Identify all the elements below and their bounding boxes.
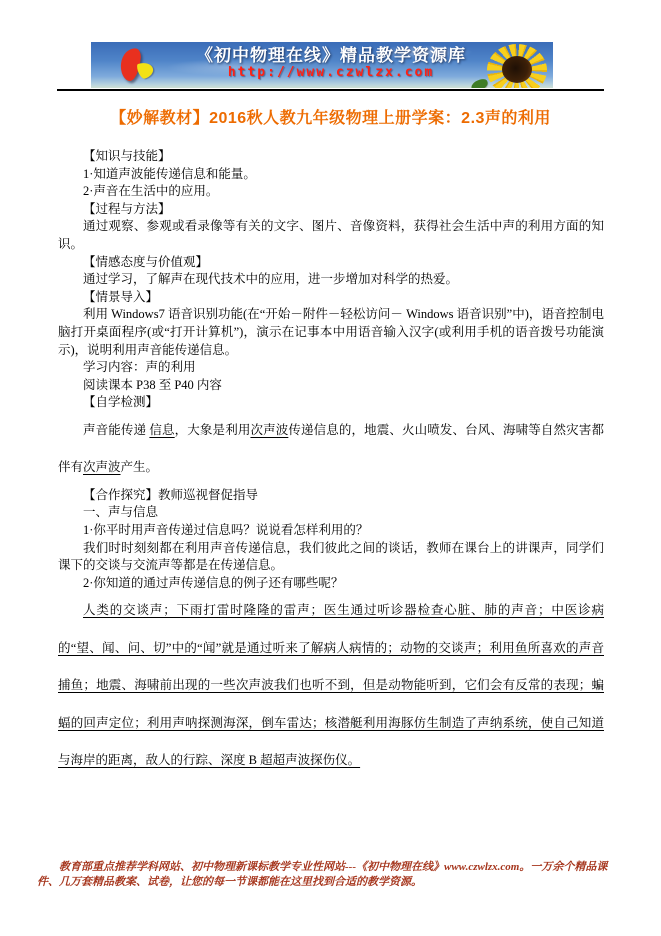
paragraph-text: 通过学习，了解声在现代技术中的应用，进一步增加对科学的热爱。 [83, 272, 458, 286]
paragraph-text: 产生。 [121, 460, 159, 474]
fill-in-answer: 次声波 [250, 423, 288, 437]
paragraph-text: 一、声与信息 [83, 505, 158, 519]
paragraph: 2·你知道的通过声传递信息的例子还有哪些呢？ [58, 575, 604, 593]
paragraph-text: 【情感态度与价值观】 [83, 255, 208, 269]
paragraph-text: 2·你知道的通过声传递信息的例子还有哪些呢？ [83, 576, 343, 590]
paragraph: 我们时时刻刻都在利用声音传递信息，我们彼此之间的谈话，教师在课台上的讲课声，同学… [58, 540, 604, 575]
paragraph-text: 声音能传递 [83, 423, 149, 437]
paragraph-text: 1·你平时用声音传递过信息吗？说说看怎样利用的？ [83, 523, 368, 537]
paragraph: 【情感态度与价值观】 [58, 254, 604, 272]
paragraph-text: 人类的交谈声；下雨打雷时隆隆的雷声；医生通过听诊器检查心脏、肺的声音；中医诊病的… [58, 603, 604, 767]
paragraph-text: 【过程与方法】 [83, 202, 171, 216]
paragraph: 1·知道声波能传递信息和能量。 [58, 166, 604, 184]
paragraph: 学习内容：声的利用 [58, 359, 604, 377]
paragraph: 一、声与信息 [58, 504, 604, 522]
paragraph: 2·声音在生活中的应用。 [58, 183, 604, 201]
sunflower-core-icon [502, 56, 532, 83]
fill-in-answer: 次声波 [83, 460, 121, 474]
document-page: 《初中物理在线》精品教学资源库 http://www.czwlzx.com 【妙… [0, 0, 661, 936]
paragraph: 人类的交谈声；下雨打雷时隆隆的雷声；医生通过听诊器检查心脏、肺的声音；中医诊病的… [58, 592, 604, 779]
paragraph: 【情景导入】 [58, 289, 604, 307]
site-logo-icon [121, 46, 163, 86]
paragraph: 声音能传递 信息，大象是利用次声波传递信息的，地震、火山喷发、台风、海啸等自然灾… [58, 412, 604, 487]
paragraph: 阅读课本 P38 至 P40 内容 [58, 377, 604, 395]
site-banner: 《初中物理在线》精品教学资源库 http://www.czwlzx.com [91, 42, 553, 88]
site-url: http://www.czwlzx.com [186, 65, 476, 80]
paragraph-text: 1·知道声波能传递信息和能量。 [83, 167, 256, 181]
paragraph: 【过程与方法】 [58, 201, 604, 219]
paragraph-text: ，大象是利用 [175, 423, 251, 437]
paragraph: 【知识与技能】 [58, 148, 604, 166]
paragraph-text: 通过观察、参观或看录像等有关的文字、图片、音像资料，获得社会生活中声的利用方面的… [58, 219, 604, 251]
paragraph: 利用 Windows7 语音识别功能(在“开始－附件－轻松访问－ Windows… [58, 306, 604, 359]
paragraph: 【合作探究】教师巡视督促指导 [58, 487, 604, 505]
paragraph-text: 学习内容：声的利用 [83, 360, 196, 374]
fill-in-answer: 信息 [149, 423, 174, 437]
logo-flame-yellow-icon [136, 60, 155, 80]
paragraph-text: 我们时时刻刻都在利用声音传递信息，我们彼此之间的谈话，教师在课台上的讲课声，同学… [58, 541, 604, 573]
header-divider [57, 89, 604, 91]
paragraph-text: 2·声音在生活中的应用。 [83, 184, 218, 198]
paragraph-text: 【自学检测】 [83, 395, 158, 409]
site-name: 《初中物理在线》精品教学资源库 [186, 46, 476, 65]
document-title: 【妙解教材】2016秋人教九年级物理上册学案：2.3声的利用 [0, 105, 661, 128]
paragraph-text: 阅读课本 P38 至 P40 内容 [83, 378, 222, 392]
sunflower-icon [487, 44, 547, 88]
paragraph-text: 【知识与技能】 [83, 149, 171, 163]
footer-note: 教育部重点推荐学科网站、初中物理新课标教学专业性网站---《初中物理在线》www… [37, 860, 623, 889]
paragraph-text: 【情景导入】 [83, 290, 158, 304]
paragraph: 1·你平时用声音传递过信息吗？说说看怎样利用的？ [58, 522, 604, 540]
banner-text: 《初中物理在线》精品教学资源库 http://www.czwlzx.com [186, 42, 476, 80]
document-body: 【知识与技能】1·知道声波能传递信息和能量。2·声音在生活中的应用。【过程与方法… [58, 148, 604, 779]
paragraph: 【自学检测】 [58, 394, 604, 412]
paragraph-text: 【合作探究】教师巡视督促指导 [83, 488, 258, 502]
paragraph: 通过观察、参观或看录像等有关的文字、图片、音像资料，获得社会生活中声的利用方面的… [58, 218, 604, 253]
paragraph-text: 利用 Windows7 语音识别功能(在“开始－附件－轻松访问－ Windows… [58, 307, 604, 356]
paragraph: 通过学习，了解声在现代技术中的应用，进一步增加对科学的热爱。 [58, 271, 604, 289]
